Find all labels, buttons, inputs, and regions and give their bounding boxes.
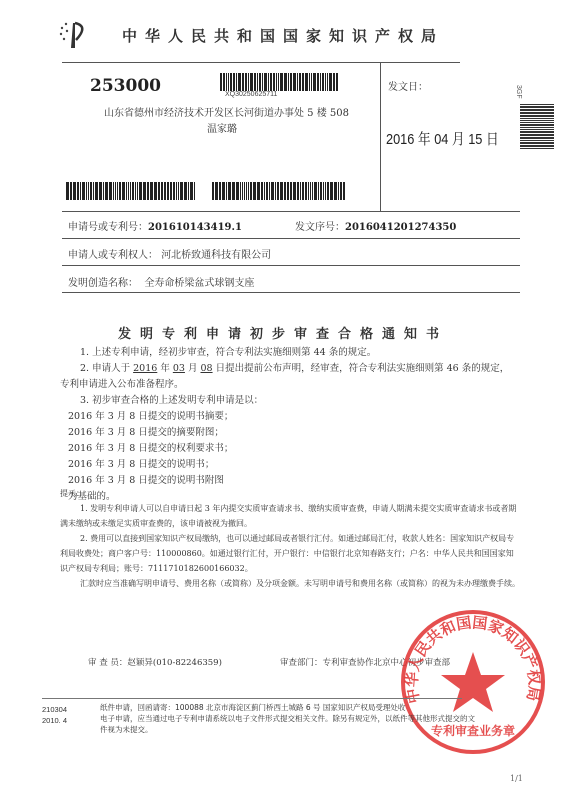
footer-line-1: 纸件申请，回函请寄：100088 北京市海淀区蓟门桥西土城路 6 号 国家知识产… xyxy=(100,702,480,713)
organization-name: 中华人民共和国国家知识产权局 xyxy=(122,25,444,46)
applicant: 河北桥致通科技有限公司 xyxy=(161,250,271,261)
document-item: 2016 年 3 月 8 日提交的说明书； xyxy=(68,457,510,473)
serial-number: 2016041201274350 xyxy=(345,222,456,233)
footer-rule xyxy=(42,698,462,699)
rule xyxy=(62,265,520,266)
declaration-day: 08 xyxy=(200,363,212,374)
serial-number-label: 发文序号： xyxy=(295,222,345,233)
examiner-name: 赵颖异(010-82246359) xyxy=(127,658,222,668)
postal-code: 253000 xyxy=(90,76,161,96)
invention-label: 发明创造名称： xyxy=(68,278,138,289)
form-version: 2010. 4 xyxy=(42,715,67,726)
document-item: 2016 年 3 月 8 日提交的权利要求书； xyxy=(68,441,510,457)
invention-title: 全寿命桥梁盆式球钢支座 xyxy=(144,278,254,289)
barcode-text: XQ30250625711 xyxy=(225,91,277,98)
declaration-year: 2016 xyxy=(133,363,157,374)
footer-line-2: 电子申请，应当通过电子专利申请系统以电子文件形式提交相关文件。除另有规定外，以纸… xyxy=(100,713,480,735)
tips-label: 提示： xyxy=(60,486,520,501)
notice-item-3: 3. 初步审查合格的上述发明专利申请是以： xyxy=(60,393,510,409)
form-number: 210304 xyxy=(42,704,67,715)
side-code: 3GF xyxy=(515,85,522,99)
text: 年 xyxy=(157,363,173,374)
recipient-address: 山东省德州市经济技术开发区长河街道办事处 5 楼 508 xyxy=(104,104,349,119)
tip-3: 汇款时应当准确写明申请号、费用名称（或简称）及分项金额。未写明申请号和费用名称（… xyxy=(60,576,520,591)
declaration-month: 03 xyxy=(173,363,185,374)
examiner: 审 查 员：赵颖异(010-82246359) xyxy=(88,656,222,668)
tip-2: 2. 费用可以直接到国家知识产权局缴纳，也可以通过邮局或者银行汇付。如通过邮局汇… xyxy=(60,531,520,576)
page-number: 1/1 xyxy=(510,774,523,783)
footer-instructions: 纸件申请，回函请寄：100088 北京市海淀区蓟门桥西土城路 6 号 国家知识产… xyxy=(100,702,480,735)
side-barcode xyxy=(520,104,554,150)
examiner-label: 审 查 员： xyxy=(88,658,127,668)
issue-date: 2016 年 04 月 15 日 xyxy=(386,128,499,149)
form-code: 210304 2010. 4 xyxy=(42,704,67,726)
document-item: 2016 年 3 月 8 日提交的摘要附图； xyxy=(68,425,510,441)
application-number: 201610143419.1 xyxy=(148,222,242,233)
notice-body: 1. 上述专利申请，经初步审查，符合专利法实施细则第 44 条的规定。 2. 申… xyxy=(60,345,510,505)
text: 2. 申请人于 xyxy=(80,363,133,374)
text: 月 xyxy=(185,363,201,374)
header-rule xyxy=(62,62,460,63)
invention-field: 发明创造名称： 全寿命桥梁盆式球钢支座 xyxy=(68,274,254,289)
rule xyxy=(62,292,520,293)
application-number-label: 申请号或专利号： xyxy=(68,222,148,233)
rule xyxy=(62,238,520,239)
department-label: 审查部门： xyxy=(280,658,323,668)
serial-number-field: 发文序号：2016041201274350 xyxy=(295,218,456,233)
mail-barcode xyxy=(220,73,339,91)
tip-1: 1. 发明专利申请人可以自申请日起 3 年内提交实质审查请求书、缴纳实质审查费，… xyxy=(60,501,520,531)
header-divider xyxy=(380,62,381,212)
tips-section: 提示： 1. 发明专利申请人可以自申请日起 3 年内提交实质审查请求书、缴纳实质… xyxy=(60,486,520,591)
rule xyxy=(62,211,520,212)
document-list: 2016 年 3 月 8 日提交的说明书摘要；2016 年 3 月 8 日提交的… xyxy=(60,409,510,489)
notice-item-2: 2. 申请人于 2016 年 03 月 08 日提出提前公布声明，经审查，符合专… xyxy=(60,361,510,393)
notice-item-1: 1. 上述专利申请，经初步审查，符合专利法实施细则第 44 条的规定。 xyxy=(60,345,510,361)
application-number-field: 申请号或专利号：201610143419.1 xyxy=(68,218,242,233)
recipient-name: 温家璐 xyxy=(207,120,237,135)
notice-title: 发明专利申请初步审查合格通知书 xyxy=(0,323,566,342)
applicant-field: 申请人或专利权人： 河北桥致通科技有限公司 xyxy=(68,246,271,261)
barcode-right xyxy=(212,182,346,200)
issue-date-label: 发文日： xyxy=(388,78,428,93)
barcode-left xyxy=(66,182,196,200)
document-item: 2016 年 3 月 8 日提交的说明书摘要； xyxy=(68,409,510,425)
cnipa-logo-icon xyxy=(58,20,92,50)
applicant-label: 申请人或专利权人： xyxy=(68,250,158,261)
